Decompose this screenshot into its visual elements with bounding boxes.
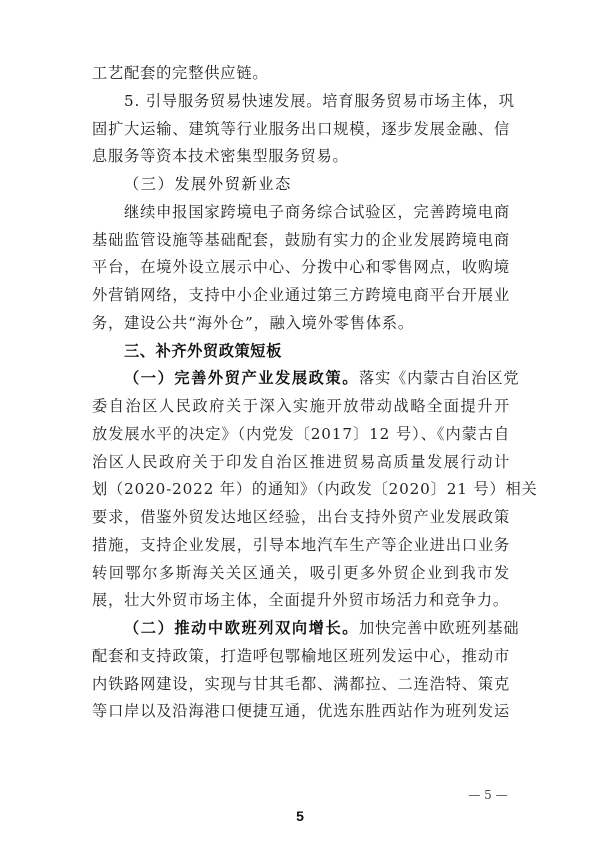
runin-heading: （二）推动中欧班列双向增长。	[124, 619, 359, 637]
paragraph-line: 放发展水平的决定》（内党发〔2017〕12 号）、《内蒙古自	[92, 421, 510, 449]
paragraph-line: 配套和支持政策，打造呼包鄂榆地区班列发运中心，推动市	[92, 643, 510, 671]
paragraph-line: 转回鄂尔多斯海关关区通关，吸引更多外贸企业到我市发	[92, 560, 510, 588]
paragraph-line: （一）完善外贸产业发展政策。落实《内蒙古自治区党	[92, 365, 510, 393]
document-body: 工艺配套的完整供应链。 5. 引导服务贸易快速发展。培育服务贸易市场主体，巩 固…	[92, 60, 510, 726]
paragraph-text: 加快完善中欧班列基础	[359, 619, 519, 637]
paragraph-line: 工艺配套的完整供应链。	[92, 60, 510, 88]
section-heading: 三、补齐外贸政策短板	[92, 338, 510, 366]
paragraph-line: 平台，在境外设立展示中心、分拨中心和零售网点，收购境	[92, 254, 510, 282]
paragraph-line: 委自治区人民政府关于深入实施开放带动战略全面提升开	[92, 393, 510, 421]
paragraph-line: 息服务等资本技术密集型服务贸易。	[92, 143, 510, 171]
paragraph-line: 要求，借鉴外贸发达地区经验，出台支持外贸产业发展政策	[92, 504, 510, 532]
page-folio: — 5 —	[466, 788, 510, 802]
paragraph-line: 外营销网络，支持中小企业通过第三方跨境电商平台开展业	[92, 282, 510, 310]
paragraph-line: 展，壮大外贸市场主体，全面提升外贸市场活力和竞争力。	[92, 587, 510, 615]
paragraph-line: 固扩大运输、建筑等行业服务出口规模，逐步发展金融、信	[92, 116, 510, 144]
paragraph-line: （二）推动中欧班列双向增长。加快完善中欧班列基础	[92, 615, 510, 643]
paragraph-line: 内铁路网建设，实现与甘其毛都、满都拉、二连浩特、策克	[92, 671, 510, 699]
paragraph-line: 划（2020-2022 年）的通知》（内政发〔2020〕21 号）相关	[92, 476, 510, 504]
paragraph-line: 基础监管设施等基础配套，鼓励有实力的企业发展跨境电商	[92, 227, 510, 255]
paragraph-text: 落实《内蒙古自治区党	[359, 369, 519, 387]
runin-heading: （一）完善外贸产业发展政策。	[124, 369, 359, 387]
paragraph-line: 治区人民政府关于印发自治区推进贸易高质量发展行动计	[92, 449, 510, 477]
paragraph-line: 继续申报国家跨境电子商务综合试验区，完善跨境电商	[92, 199, 510, 227]
document-page: 工艺配套的完整供应链。 5. 引导服务贸易快速发展。培育服务贸易市场主体，巩 固…	[0, 0, 600, 848]
paragraph-line: 措施，支持企业发展，引导本地汽车生产等企业进出口业务	[92, 532, 510, 560]
paragraph-line: 务，建设公共“海外仓”，融入境外零售体系。	[92, 310, 510, 338]
paragraph-line: 5. 引导服务贸易快速发展。培育服务贸易市场主体，巩	[92, 88, 510, 116]
subsection-heading: （三）发展外贸新业态	[92, 171, 510, 199]
paragraph-line: 等口岸以及沿海港口便捷互通，优选东胜西站作为班列发运	[92, 698, 510, 726]
page-number: 5	[290, 808, 310, 824]
